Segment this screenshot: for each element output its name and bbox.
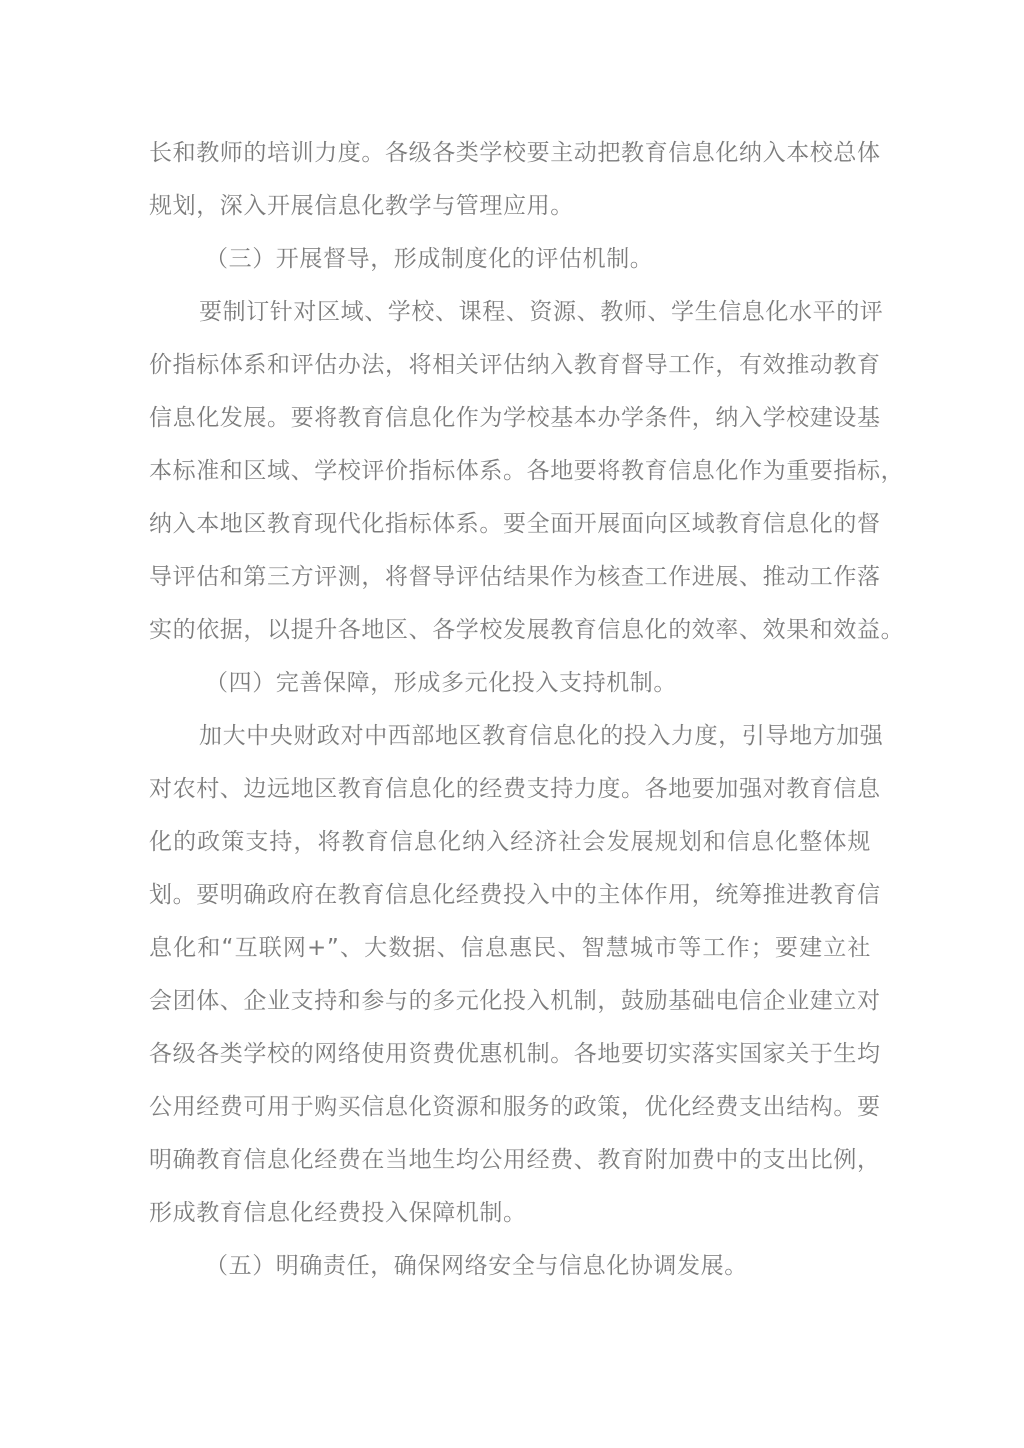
section-heading-3: （三）开展督导，形成制度化的评估机制。 (205, 239, 871, 279)
paragraph-line: 划。要明确政府在教育信息化经费投入中的主体作用，统筹推进教育信 (149, 875, 871, 915)
paragraph-line: 公用经费可用于购买信息化资源和服务的政策，优化经费支出结构。要 (149, 1087, 871, 1127)
paragraph-line: 会团体、企业支持和参与的多元化投入机制，鼓励基础电信企业建立对 (149, 981, 871, 1021)
paragraph-line: 明确教育信息化经费在当地生均公用经费、教育附加费中的支出比例， (149, 1140, 871, 1180)
section-heading-4: （四）完善保障，形成多元化投入支持机制。 (205, 663, 871, 703)
paragraph-line: 导评估和第三方评测，将督导评估结果作为核查工作进展、推动工作落 (149, 557, 871, 597)
paragraph-line: 加大中央财政对中西部地区教育信息化的投入力度，引导地方加强 (199, 716, 871, 756)
section-heading-5: （五）明确责任，确保网络安全与信息化协调发展。 (205, 1246, 871, 1286)
paragraph-line: 信息化发展。要将教育信息化作为学校基本办学条件，纳入学校建设基 (149, 398, 871, 438)
paragraph-line: 化的政策支持，将教育信息化纳入经济社会发展规划和信息化整体规 (149, 822, 871, 862)
paragraph-line: 各级各类学校的网络使用资费优惠机制。各地要切实落实国家关于生均 (149, 1034, 871, 1074)
paragraph-line: 本标准和区域、学校评价指标体系。各地要将教育信息化作为重要指标， (149, 451, 871, 491)
paragraph-line: 价指标体系和评估办法，将相关评估纳入教育督导工作，有效推动教育 (149, 345, 871, 385)
paragraph-line: 长和教师的培训力度。各级各类学校要主动把教育信息化纳入本校总体 (149, 133, 871, 173)
paragraph-line: 形成教育信息化经费投入保障机制。 (149, 1193, 871, 1233)
paragraph-line: 要制订针对区域、学校、课程、资源、教师、学生信息化水平的评 (199, 292, 871, 332)
paragraph-line: 实的依据，以提升各地区、各学校发展教育信息化的效率、效果和效益。 (149, 610, 871, 650)
document-page: 长和教师的培训力度。各级各类学校要主动把教育信息化纳入本校总体 规划，深入开展信… (0, 0, 1024, 1448)
paragraph-line: 对农村、边远地区教育信息化的经费支持力度。各地要加强对教育信息 (149, 769, 871, 809)
paragraph-line: 纳入本地区教育现代化指标体系。要全面开展面向区域教育信息化的督 (149, 504, 871, 544)
paragraph-line: 规划，深入开展信息化教学与管理应用。 (149, 186, 871, 226)
paragraph-line: 息化和“互联网+”、大数据、信息惠民、智慧城市等工作；要建立社 (149, 928, 871, 968)
